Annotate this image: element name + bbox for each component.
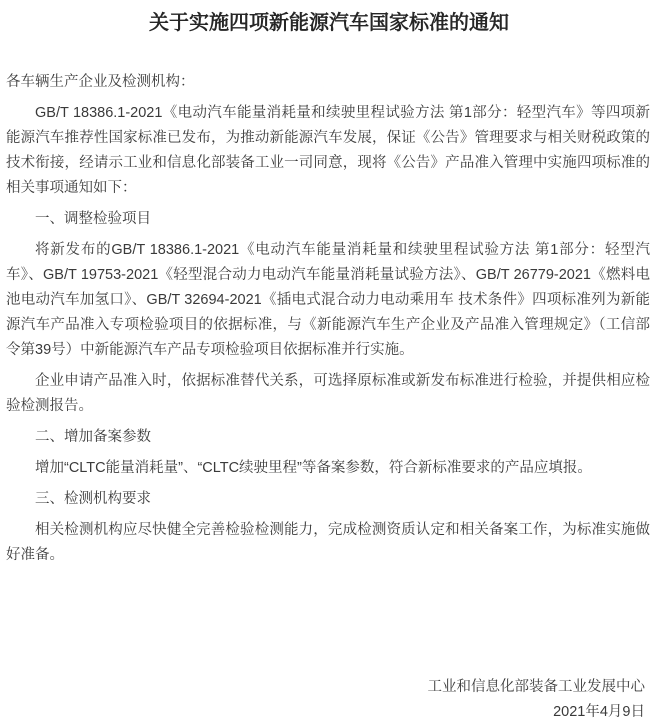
paragraph-standards-list: 将新发布的GB/T 18386.1-2021《电动汽车能量消耗量和续驶里程试验方… (6, 238, 650, 363)
section-heading-2: 二、增加备案参数 (6, 425, 650, 450)
paragraph-testing-organizations: 相关检测机构应尽快健全完善检验检测能力，完成检测资质认定和相关备案工作，为标准实… (6, 518, 650, 568)
signature-org: 工业和信息化部装备工业发展中心 (428, 675, 646, 700)
signature-block: 工业和信息化部装备工业发展中心 2021年4月9日 (428, 675, 646, 725)
section-heading-1: 一、调整检验项目 (6, 207, 650, 232)
section-heading-3: 三、检测机构要求 (6, 487, 650, 512)
document-title: 关于实施四项新能源汽车国家标准的通知 (8, 10, 650, 36)
paragraph-application-rules: 企业申请产品准入时，依据标准替代关系，可选择原标准或新发布标准进行检验，并提供相… (6, 369, 650, 419)
document-body: 各车辆生产企业及检测机构： GB/T 18386.1-2021《电动汽车能量消耗… (0, 70, 658, 568)
notice-document: 关于实施四项新能源汽车国家标准的通知 各车辆生产企业及检测机构： GB/T 18… (0, 0, 658, 728)
salutation: 各车辆生产企业及检测机构： (6, 70, 650, 95)
signature-date: 2021年4月9日 (428, 700, 646, 725)
paragraph-record-parameters: 增加“CLTC能量消耗量”、“CLTC续驶里程”等备案参数，符合新标准要求的产品… (6, 456, 650, 481)
paragraph-intro: GB/T 18386.1-2021《电动汽车能量消耗量和续驶里程试验方法 第1部… (6, 101, 650, 201)
